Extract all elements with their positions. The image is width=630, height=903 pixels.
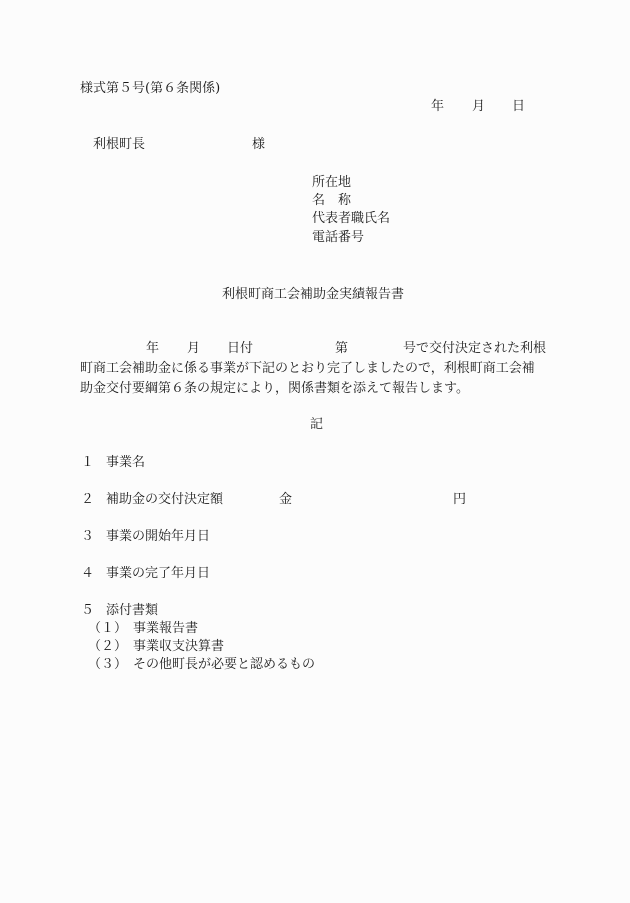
body-month: 月 xyxy=(187,341,200,356)
document-title: 利根町商工会補助金実績報告書 xyxy=(222,287,404,302)
applicant-field-name: 名 称 xyxy=(312,193,351,208)
body-line1-month: 月 xyxy=(187,341,200,356)
item-4-num: ４ xyxy=(81,566,94,581)
applicant-field-representative: 代表者職氏名 xyxy=(312,211,390,226)
body-line3-text: 助金交付要綱第６条の規定により，関係書類を添えて報告します。 xyxy=(80,381,469,396)
field-label: 所在地 xyxy=(312,175,351,190)
attachment-number: （１） xyxy=(88,621,127,636)
body-day: 日付 xyxy=(227,341,253,356)
attachment-2-num: （２） xyxy=(88,639,127,654)
attachment-1-label: 事業報告書 xyxy=(133,621,198,636)
item-label: 補助金の交付決定額 xyxy=(106,492,223,507)
attachment-number: （２） xyxy=(88,639,127,654)
attachment-number: （３） xyxy=(88,657,127,672)
field-label: 名 称 xyxy=(312,193,351,208)
attachment-3-num: （３） xyxy=(88,657,127,672)
attachment-2-label: 事業収支決算書 xyxy=(133,639,224,654)
item-3-label: 事業の開始年月日 xyxy=(106,529,210,544)
body-line1-number-prefix: 第 xyxy=(335,341,348,356)
addressee-name: 利根町長 xyxy=(93,137,145,152)
body-line3: 助金交付要綱第６条の規定により，関係書類を添えて報告します。 xyxy=(80,381,469,396)
addressee-honorific: 様 xyxy=(252,137,265,152)
item-2-amount-prefix: 金 xyxy=(279,492,292,507)
form-label-text: 様式第５号(第６条関係) xyxy=(80,81,220,96)
item-2-label: 補助金の交付決定額 xyxy=(106,492,223,507)
item-2-amount-suffix: 円 xyxy=(453,492,466,507)
item-number: １ xyxy=(81,455,94,470)
attachment-label: 事業報告書 xyxy=(133,621,198,636)
item-label: 事業の開始年月日 xyxy=(106,529,210,544)
ki-text: 記 xyxy=(310,417,323,432)
attachment-1-num: （１） xyxy=(88,621,127,636)
body-line2: 町商工会補助金に係る事業が下記のとおり完了しましたので，利根町商工会補 xyxy=(80,361,535,376)
amount-prefix: 金 xyxy=(279,492,292,507)
item-number: ５ xyxy=(81,603,94,618)
ki-heading: 記 xyxy=(310,417,323,432)
date-month-wrap: 月 xyxy=(472,99,485,114)
document-title-text: 利根町商工会補助金実績報告書 xyxy=(222,287,404,302)
body-line1-day: 日付 xyxy=(227,341,253,356)
body-number-prefix: 第 xyxy=(335,341,348,356)
item-1-label: 事業名 xyxy=(106,455,145,470)
applicant-field-address: 所在地 xyxy=(312,175,351,190)
item-4-label: 事業の完了年月日 xyxy=(106,566,210,581)
form-label: 様式第５号(第６条関係) xyxy=(80,81,220,96)
item-number: ４ xyxy=(81,566,94,581)
item-5-label: 添付書類 xyxy=(106,603,158,618)
body-tail: 号で交付決定された利根 xyxy=(403,341,546,356)
applicant-field-phone: 電話番号 xyxy=(312,230,364,245)
item-label: 事業の完了年月日 xyxy=(106,566,210,581)
amount-suffix: 円 xyxy=(453,492,466,507)
item-1-num: １ xyxy=(81,455,94,470)
attachment-label: 事業収支決算書 xyxy=(133,639,224,654)
item-number: ３ xyxy=(81,529,94,544)
item-5-num: ５ xyxy=(81,603,94,618)
field-label: 電話番号 xyxy=(312,230,364,245)
date-month: 月 xyxy=(472,99,485,114)
date-day-wrap: 日 xyxy=(512,99,525,114)
item-2-num: ２ xyxy=(81,492,94,507)
body-line2-text: 町商工会補助金に係る事業が下記のとおり完了しましたので，利根町商工会補 xyxy=(80,361,535,376)
item-number: ２ xyxy=(81,492,94,507)
item-label: 事業名 xyxy=(106,455,145,470)
attachment-3-label: その他町長が必要と認めるもの xyxy=(133,657,315,672)
addressee-honorific-text: 様 xyxy=(252,137,265,152)
field-label: 代表者職氏名 xyxy=(312,211,390,226)
addressee-name-text: 利根町長 xyxy=(93,137,145,152)
item-label: 添付書類 xyxy=(106,603,158,618)
body-line1-year: 年 xyxy=(146,341,159,356)
date-line: 年 xyxy=(431,99,444,114)
body-year: 年 xyxy=(146,341,159,356)
date-year: 年 xyxy=(431,99,444,114)
body-line1-tail: 号で交付決定された利根 xyxy=(403,341,546,356)
item-3-num: ３ xyxy=(81,529,94,544)
attachment-label: その他町長が必要と認めるもの xyxy=(133,657,315,672)
date-day: 日 xyxy=(512,99,525,114)
